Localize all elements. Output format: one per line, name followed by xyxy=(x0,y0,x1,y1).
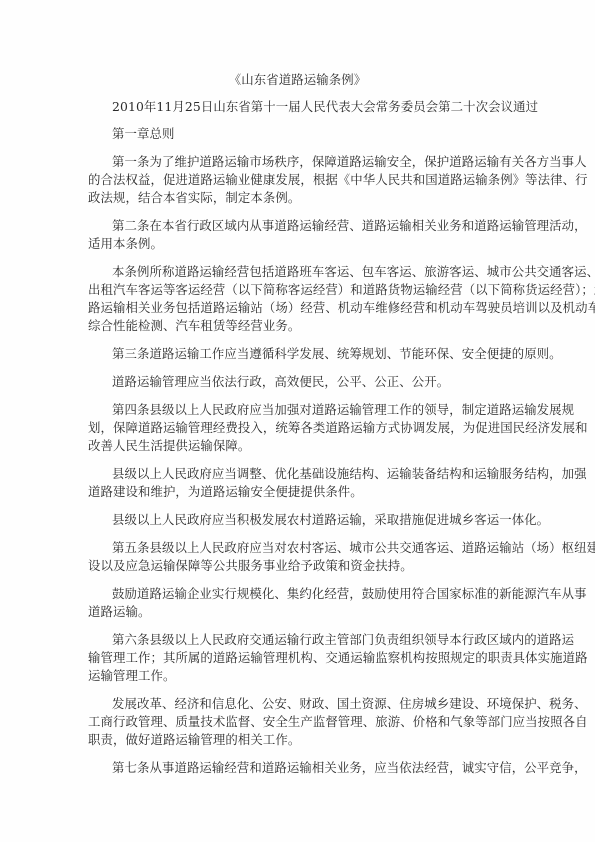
adoption-statement: 2010年11月25日山东省第十一届人民代表大会常务委员会第二十次会议通过 xyxy=(112,98,532,116)
paragraph-line: 第六条县级以上人民政府交通运输行政主管部门负责组织领导本行政区域内的道路运 xyxy=(112,631,532,649)
paragraph-line: 出租汽车客运等客运经营（以下简称客运经营）和道路货物运输经营（以下简称货运经营）… xyxy=(88,281,508,299)
paragraph-line: 划，保障道路运输管理经费投入，统筹各类道路运输方式协调发展，为促进国民经济发展和 xyxy=(88,419,508,437)
paragraph-line: 道路建设和维护，为道路运输安全便捷提供条件。 xyxy=(88,483,508,501)
document-page: 《山东省道路运输条例》 2010年11月25日山东省第十一届人民代表大会常务委员… xyxy=(0,0,595,842)
paragraph-line: 第七条从事道路运输经营和道路运输相关业务，应当依法经营，诚实守信，公平竞争， xyxy=(112,759,532,777)
paragraph-line: 运输管理工作。 xyxy=(88,667,508,685)
paragraph-line: 第五条县级以上人民政府应当对农村客运、城市公共交通客运、道路运输站（场）枢纽建 xyxy=(112,539,532,557)
paragraph-line: 工商行政管理、质量技术监督、安全生产监督管理、旅游、价格和气象等部门应当按照各自 xyxy=(88,713,508,731)
paragraph-line: 综合性能检测、汽车租赁等经营业务。 xyxy=(88,317,508,335)
paragraph-line: 第三条道路运输工作应当遵循科学发展、统筹规划、节能环保、安全便捷的原则。 xyxy=(112,345,532,363)
paragraph-line: 输管理工作；其所属的道路运输管理机构、交通运输监察机构按照规定的职责具体实施道路 xyxy=(88,649,508,667)
paragraph-line: 县级以上人民政府应当调整、优化基础设施结构、运输装备结构和运输服务结构，加强 xyxy=(112,465,532,483)
paragraph-line: 职责，做好道路运输管理的相关工作。 xyxy=(88,731,508,749)
paragraph-line: 本条例所称道路运输经营包括道路班车客运、包车客运、旅游客运、城市公共交通客运、 xyxy=(112,263,532,281)
document-title: 《山东省道路运输条例》 xyxy=(0,71,595,89)
paragraph-line: 路运输相关业务包括道路运输站（场）经营、机动车维修经营和机动车驾驶员培训以及机动… xyxy=(88,299,508,317)
paragraph-line: 鼓励道路运输企业实行规模化、集约化经营，鼓励使用符合国家标准的新能源汽车从事 xyxy=(112,585,532,603)
chapter-heading: 第一章总则 xyxy=(112,125,532,143)
paragraph-line: 第一条为了维护道路运输市场秩序，保障道路运输安全，保护道路运输有关各方当事人 xyxy=(112,153,532,171)
paragraph-line: 政法规，结合本省实际，制定本条例。 xyxy=(88,189,508,207)
paragraph-line: 的合法权益，促进道路运输业健康发展，根据《中华人民共和国道路运输条例》等法律、行 xyxy=(88,171,508,189)
paragraph-line: 第二条在本省行政区域内从事道路运输经营、道路运输相关业务和道路运输管理活动， xyxy=(112,217,532,235)
paragraph-line: 第四条县级以上人民政府应当加强对道路运输管理工作的领导，制定道路运输发展规 xyxy=(112,401,532,419)
paragraph-line: 道路运输。 xyxy=(88,603,508,621)
paragraph-line: 设以及应急运输保障等公共服务事业给予政策和资金扶持。 xyxy=(88,557,508,575)
paragraph-line: 发展改革、经济和信息化、公安、财政、国土资源、住房城乡建设、环境保护、税务、 xyxy=(112,695,532,713)
paragraph-line: 改善人民生活提供运输保障。 xyxy=(88,437,508,455)
paragraph-line: 道路运输管理应当依法行政，高效便民，公平、公正、公开。 xyxy=(112,373,532,391)
paragraph-line: 县级以上人民政府应当积极发展农村道路运输，采取措施促进城乡客运一体化。 xyxy=(112,511,532,529)
paragraph-line: 适用本条例。 xyxy=(88,235,508,253)
